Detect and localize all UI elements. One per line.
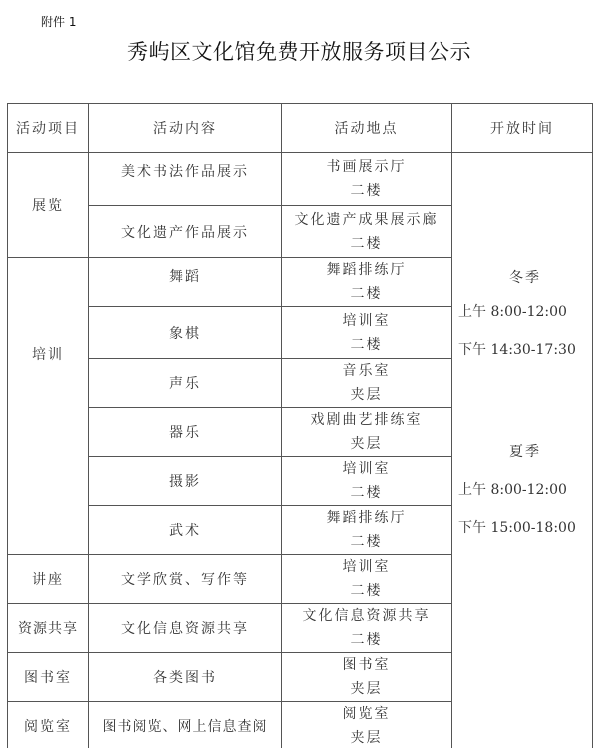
- location-name: 培训室: [282, 309, 451, 333]
- location-floor: 二楼: [282, 179, 451, 203]
- location-floor: 二楼: [282, 579, 451, 603]
- category-cell: 展览: [8, 153, 89, 258]
- location-floor: 二楼: [282, 282, 451, 306]
- table-header-row: 活动项目 活动内容 活动地点 开放时间: [8, 104, 593, 153]
- location-floor: 二楼: [282, 232, 451, 256]
- location-cell: 图书室 夹层: [282, 653, 452, 702]
- summer-season-label: 夏季: [458, 441, 592, 461]
- location-cell: 舞蹈排练厅 二楼: [282, 506, 452, 555]
- category-cell: 阅览室: [8, 702, 89, 748]
- location-cell: 培训室 二楼: [282, 555, 452, 604]
- category-cell: 资源共享: [8, 604, 89, 653]
- page-title: 秀屿区文化馆免费开放服务项目公示: [0, 36, 598, 66]
- table-row: 展览 美术书法作品展示 书画展示厅 二楼 冬季 上午 8:00-12:00 下午…: [8, 153, 593, 206]
- location-cell: 音乐室 夹层: [282, 359, 452, 408]
- location-name: 培训室: [282, 555, 451, 579]
- content-cell: 美术书法作品展示: [89, 153, 282, 206]
- content-cell: 文化信息资源共享: [89, 604, 282, 653]
- location-name: 文化信息资源共享: [282, 604, 451, 628]
- location-cell: 文化遗产成果展示廊 二楼: [282, 206, 452, 258]
- category-cell: 图书室: [8, 653, 89, 702]
- content-cell: 象棋: [89, 307, 282, 359]
- location-cell: 阅览室 夹层: [282, 702, 452, 748]
- content-cell: 舞蹈: [89, 258, 282, 307]
- location-floor: 二楼: [282, 333, 451, 357]
- location-cell: 文化信息资源共享 二楼: [282, 604, 452, 653]
- service-items-table: 活动项目 活动内容 活动地点 开放时间 展览 美术书法作品展示 书画展示厅 二楼…: [7, 103, 593, 748]
- header-hours: 开放时间: [452, 104, 593, 153]
- content-cell: 声乐: [89, 359, 282, 408]
- location-name: 舞蹈排练厅: [282, 258, 451, 282]
- content-cell: 各类图书: [89, 653, 282, 702]
- location-floor: 夹层: [282, 677, 451, 701]
- location-cell: 培训室 二楼: [282, 307, 452, 359]
- content-cell: 文学欣赏、写作等: [89, 555, 282, 604]
- location-cell: 培训室 二楼: [282, 457, 452, 506]
- location-name: 培训室: [282, 457, 451, 481]
- location-cell: 戏剧曲艺排练室 夹层: [282, 408, 452, 457]
- winter-morning-hours: 上午 8:00-12:00: [458, 301, 592, 321]
- winter-afternoon-hours: 下午 14:30-17:30: [458, 339, 592, 359]
- location-floor: 二楼: [282, 530, 451, 554]
- location-name: 戏剧曲艺排练室: [282, 408, 451, 432]
- content-cell: 器乐: [89, 408, 282, 457]
- header-location: 活动地点: [282, 104, 452, 153]
- location-floor: 夹层: [282, 726, 451, 748]
- location-name: 书画展示厅: [282, 155, 451, 179]
- category-cell: 培训: [8, 258, 89, 555]
- header-content: 活动内容: [89, 104, 282, 153]
- content-cell: 文化遗产作品展示: [89, 206, 282, 258]
- location-cell: 舞蹈排练厅 二楼: [282, 258, 452, 307]
- location-name: 舞蹈排练厅: [282, 506, 451, 530]
- content-cell: 摄影: [89, 457, 282, 506]
- location-floor: 夹层: [282, 432, 451, 456]
- location-floor: 夹层: [282, 383, 451, 407]
- location-name: 文化遗产成果展示廊: [282, 208, 451, 232]
- location-name: 阅览室: [282, 702, 451, 726]
- summer-afternoon-hours: 下午 15:00-18:00: [458, 517, 592, 537]
- location-cell: 书画展示厅 二楼: [282, 153, 452, 206]
- location-floor: 二楼: [282, 481, 451, 505]
- content-cell: 武术: [89, 506, 282, 555]
- location-floor: 二楼: [282, 628, 451, 652]
- location-name: 图书室: [282, 653, 451, 677]
- summer-morning-hours: 上午 8:00-12:00: [458, 479, 592, 499]
- header-category: 活动项目: [8, 104, 89, 153]
- attachment-label: 附件 1: [41, 13, 76, 30]
- opening-hours-cell: 冬季 上午 8:00-12:00 下午 14:30-17:30 夏季 上午 8:…: [452, 153, 593, 748]
- content-cell: 图书阅览、网上信息查阅: [89, 702, 282, 748]
- winter-season-label: 冬季: [458, 267, 592, 287]
- category-cell: 讲座: [8, 555, 89, 604]
- location-name: 音乐室: [282, 359, 451, 383]
